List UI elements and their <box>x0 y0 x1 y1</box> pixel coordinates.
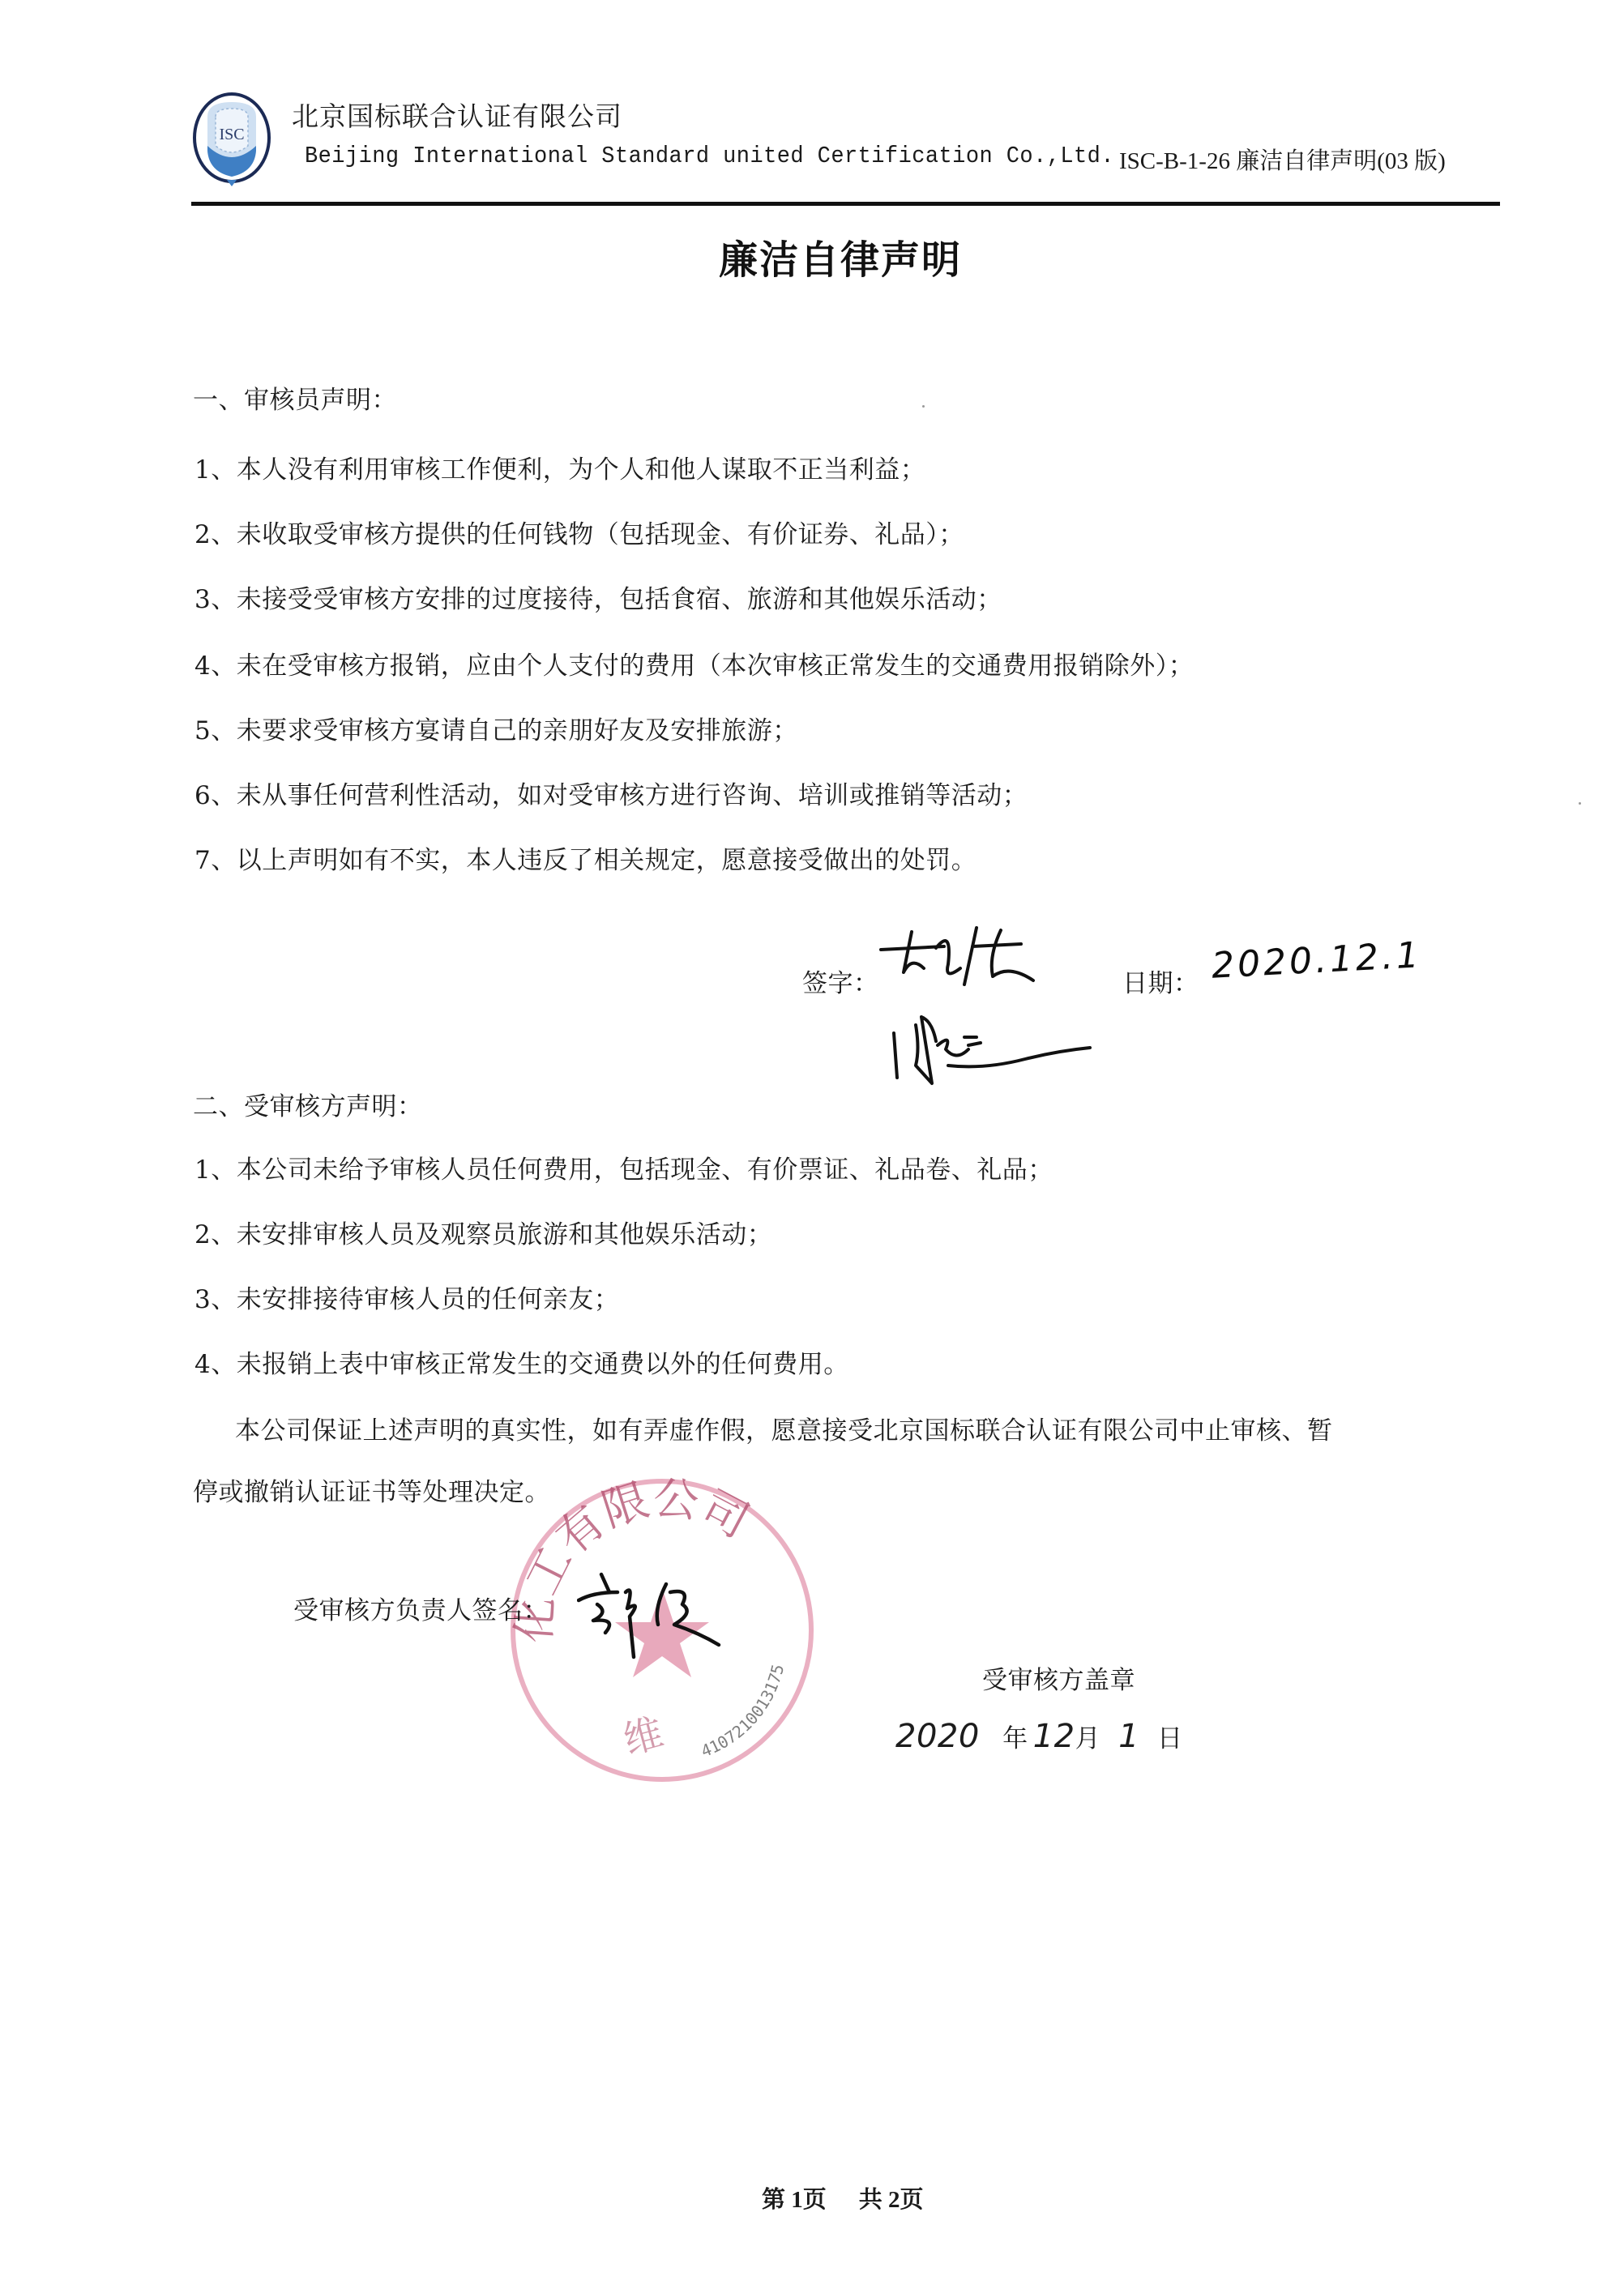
guarantee-paragraph-line1: 本公司保证上述声明的真实性，如有弄虚作假，愿意接受北京国标联合认证有限公司中止审… <box>235 1410 1333 1446</box>
guarantee-paragraph-line2: 停或撤销认证证书等处理决定。 <box>193 1471 550 1508</box>
section1-item: 3、未接受受审核方安排的过度接待，包括食宿、旅游和其他娱乐活动； <box>194 579 1002 615</box>
section1-item: 1、本人没有利用审核工作便利，为个人和他人谋取不正当利益； <box>194 449 925 485</box>
section1-item: 2、未收取受审核方提供的任何钱物（包括现金、有价证券、礼品）； <box>194 514 964 550</box>
section2-item: 1、本公司未给予审核人员任何费用，包括现金、有价票证、礼品卷、礼品； <box>194 1149 1053 1185</box>
section1-item: 4、未在受审核方报销，应由个人支付的费用（本次审核正常发生的交通费用报销除外）； <box>194 645 1194 681</box>
auditor-signature-2 <box>887 1001 1098 1086</box>
page-footer: 第 1页共 2页 <box>762 2181 924 2215</box>
leader-signature <box>577 1568 731 1665</box>
section1-item: 5、未要求受审核方宴请自己的亲朋好友及安排旅游； <box>194 710 798 746</box>
auditor-signature-1 <box>879 924 1041 989</box>
page-number: 第 1页 <box>762 2187 827 2213</box>
page-total: 共 2页 <box>859 2187 924 2213</box>
seal-date-month: 12 <box>1033 1718 1075 1755</box>
scan-speck <box>1579 802 1581 805</box>
scan-speck <box>922 405 925 408</box>
company-name-en: Beijing International Standard united Ce… <box>305 143 1114 169</box>
seal-date: 2020 年12月1日 <box>895 1718 1183 1755</box>
section1-item: 7、以上声明如有不实，本人违反了相关规定，愿意接受做出的处罚。 <box>194 839 977 876</box>
document-code: ISC-B-1-26 廉洁自律声明(03 版) <box>1119 143 1446 176</box>
section2-item: 2、未安排审核人员及观察员旅游和其他娱乐活动； <box>194 1214 772 1250</box>
svg-text:4107210013175: 4107210013175 <box>699 1663 788 1762</box>
seal-date-month-unit: 月 <box>1075 1724 1101 1753</box>
isc-logo: ISC <box>191 92 272 188</box>
stamp-bottom-text: 维 <box>619 1710 669 1764</box>
logo-text: ISC <box>219 126 244 143</box>
date-label: 日期： <box>1122 963 1199 999</box>
seal-label: 受审核方盖章 <box>982 1659 1135 1696</box>
signature-label: 签字： <box>802 963 879 999</box>
header-rule <box>191 202 1500 206</box>
stamp-number: 4107210013175 <box>699 1663 788 1762</box>
leader-signature-label: 受审核方负责人签名： <box>293 1590 549 1626</box>
section2-item: 3、未安排接待审核人员的任何亲友； <box>194 1279 619 1315</box>
seal-date-year: 2020 <box>895 1718 980 1755</box>
section2-item: 4、未报销上表中审核正常发生的交通费以外的任何费用。 <box>194 1343 849 1380</box>
page-title: 廉洁自律声明 <box>0 228 1624 284</box>
auditor-date: 2020.12.1 <box>1211 934 1423 987</box>
section1-heading: 一、审核员声明： <box>193 379 397 416</box>
section2-heading: 二、受审核方声明： <box>193 1086 423 1122</box>
seal-date-day: 1 <box>1118 1718 1139 1755</box>
company-name-cn: 北京国标联合认证有限公司 <box>292 96 622 134</box>
seal-date-day-unit: 日 <box>1157 1724 1183 1753</box>
seal-date-year-unit: 年 <box>1002 1724 1028 1753</box>
section1-item: 6、未从事任何营利性活动，如对受审核方进行咨询、培训或推销等活动； <box>194 775 1028 811</box>
